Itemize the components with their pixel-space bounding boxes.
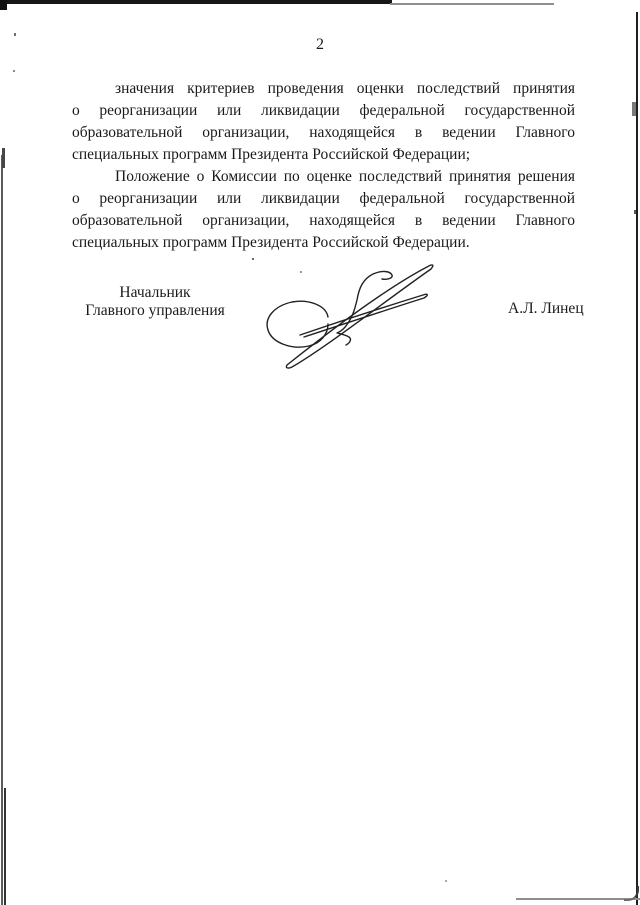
scanned-document-page: 2 значения критериев проведения оценки п… xyxy=(0,0,640,905)
scan-artifact-bottom-edge xyxy=(516,898,640,900)
text-line: о реорганизации или ликвидации федеральн… xyxy=(72,100,575,122)
scan-speck xyxy=(634,210,636,214)
signer-title-line: Главного управления xyxy=(76,302,234,320)
scan-artifact-top-edge-gray xyxy=(390,3,554,5)
handwritten-signature-icon xyxy=(256,256,442,372)
scan-speck xyxy=(13,70,15,72)
scan-artifact-right-edge xyxy=(636,12,638,905)
text-line: значения критериев проведения оценки пос… xyxy=(72,78,575,100)
page-number: 2 xyxy=(0,36,640,54)
text-line: специальных программ Президента Российск… xyxy=(72,232,575,254)
scan-artifact-right-blob xyxy=(632,102,636,116)
signer-name: А.Л. Линец xyxy=(508,301,584,317)
signer-title-line: Начальник xyxy=(76,284,234,302)
text-line: Положение о Комиссии по оценке последств… xyxy=(72,166,575,188)
scan-artifact-left-edge xyxy=(1,155,3,905)
scan-artifact-left-edge-2 xyxy=(4,788,6,905)
signer-title: Начальник Главного управления xyxy=(76,284,234,320)
document-body: значения критериев проведения оценки пос… xyxy=(72,78,575,254)
text-line: образовательной организации, находящейся… xyxy=(72,122,575,144)
text-line: образовательной организации, находящейся… xyxy=(72,210,575,232)
scan-speck xyxy=(445,880,447,882)
scan-artifact-top-left xyxy=(0,0,7,10)
paragraph: Положение о Комиссии по оценке последств… xyxy=(72,166,575,254)
paragraph: значения критериев проведения оценки пос… xyxy=(72,78,575,166)
scan-artifact-left-tick xyxy=(2,148,5,168)
text-line: специальных программ Президента Российск… xyxy=(72,144,575,166)
scan-speck xyxy=(252,258,254,260)
text-line: о реорганизации или ликвидации федеральн… xyxy=(72,188,575,210)
scan-artifact-top-edge xyxy=(0,0,392,4)
